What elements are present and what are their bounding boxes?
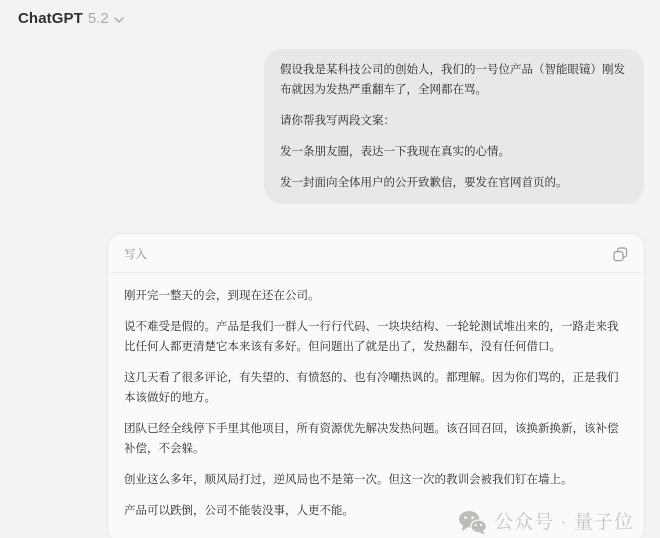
- assistant-canvas-card: 写入 刚开完一整天的会，到现在还在公司。 说不难受是假的。产品是我们一群人一行行…: [107, 233, 645, 538]
- response-paragraph: 团队已经全线停下手里其他项目，所有资源优先解决发热问题。该召回召回，该换新换新，…: [124, 419, 628, 459]
- chevron-down-icon: [114, 17, 124, 23]
- tool-label: 写入: [124, 246, 147, 262]
- model-switcher[interactable]: ChatGPT 5.2: [18, 10, 124, 27]
- model-version: 5.2: [88, 10, 109, 27]
- user-message-bubble: 假设我是某科技公司的创始人，我们的一号位产品（智能眼镜）刚发布就因为发热严重翻车…: [264, 49, 644, 204]
- response-paragraph: 说不难受是假的。产品是我们一群人一行行代码、一块块结构、一轮轮测试堆出来的，一路…: [124, 317, 628, 357]
- user-message-paragraph: 请你帮我写两段文案：: [280, 111, 628, 131]
- response-paragraph: 创业这么多年，顺风局打过，逆风局也不是第一次。但这一次的教训会被我们钉在墙上。: [124, 470, 628, 490]
- chat-window: ChatGPT 5.2 假设我是某科技公司的创始人，我们的一号位产品（智能眼镜）…: [0, 0, 660, 538]
- response-paragraph: 这几天看了很多评论，有失望的、有愤怒的、也有冷嘲热讽的。都理解。因为你们骂的，正…: [124, 368, 628, 408]
- canvas-card-body: 刚开完一整天的会，到现在还在公司。 说不难受是假的。产品是我们一群人一行行代码、…: [108, 273, 644, 538]
- copy-icon: [613, 247, 628, 262]
- copy-button[interactable]: [613, 247, 628, 262]
- app-name: ChatGPT: [18, 10, 83, 27]
- user-message-paragraph: 假设我是某科技公司的创始人，我们的一号位产品（智能眼镜）刚发布就因为发热严重翻车…: [280, 60, 628, 100]
- user-message-paragraph: 发一封面向全体用户的公开致歉信，要发在官网首页的。: [280, 173, 628, 193]
- response-paragraph: 刚开完一整天的会，到现在还在公司。: [124, 286, 628, 306]
- response-paragraph: 产品可以跌倒，公司不能装没事，人更不能。: [124, 501, 628, 521]
- canvas-card-header: 写入: [108, 234, 644, 273]
- user-message-paragraph: 发一条朋友圈，表达一下我现在真实的心情。: [280, 142, 628, 162]
